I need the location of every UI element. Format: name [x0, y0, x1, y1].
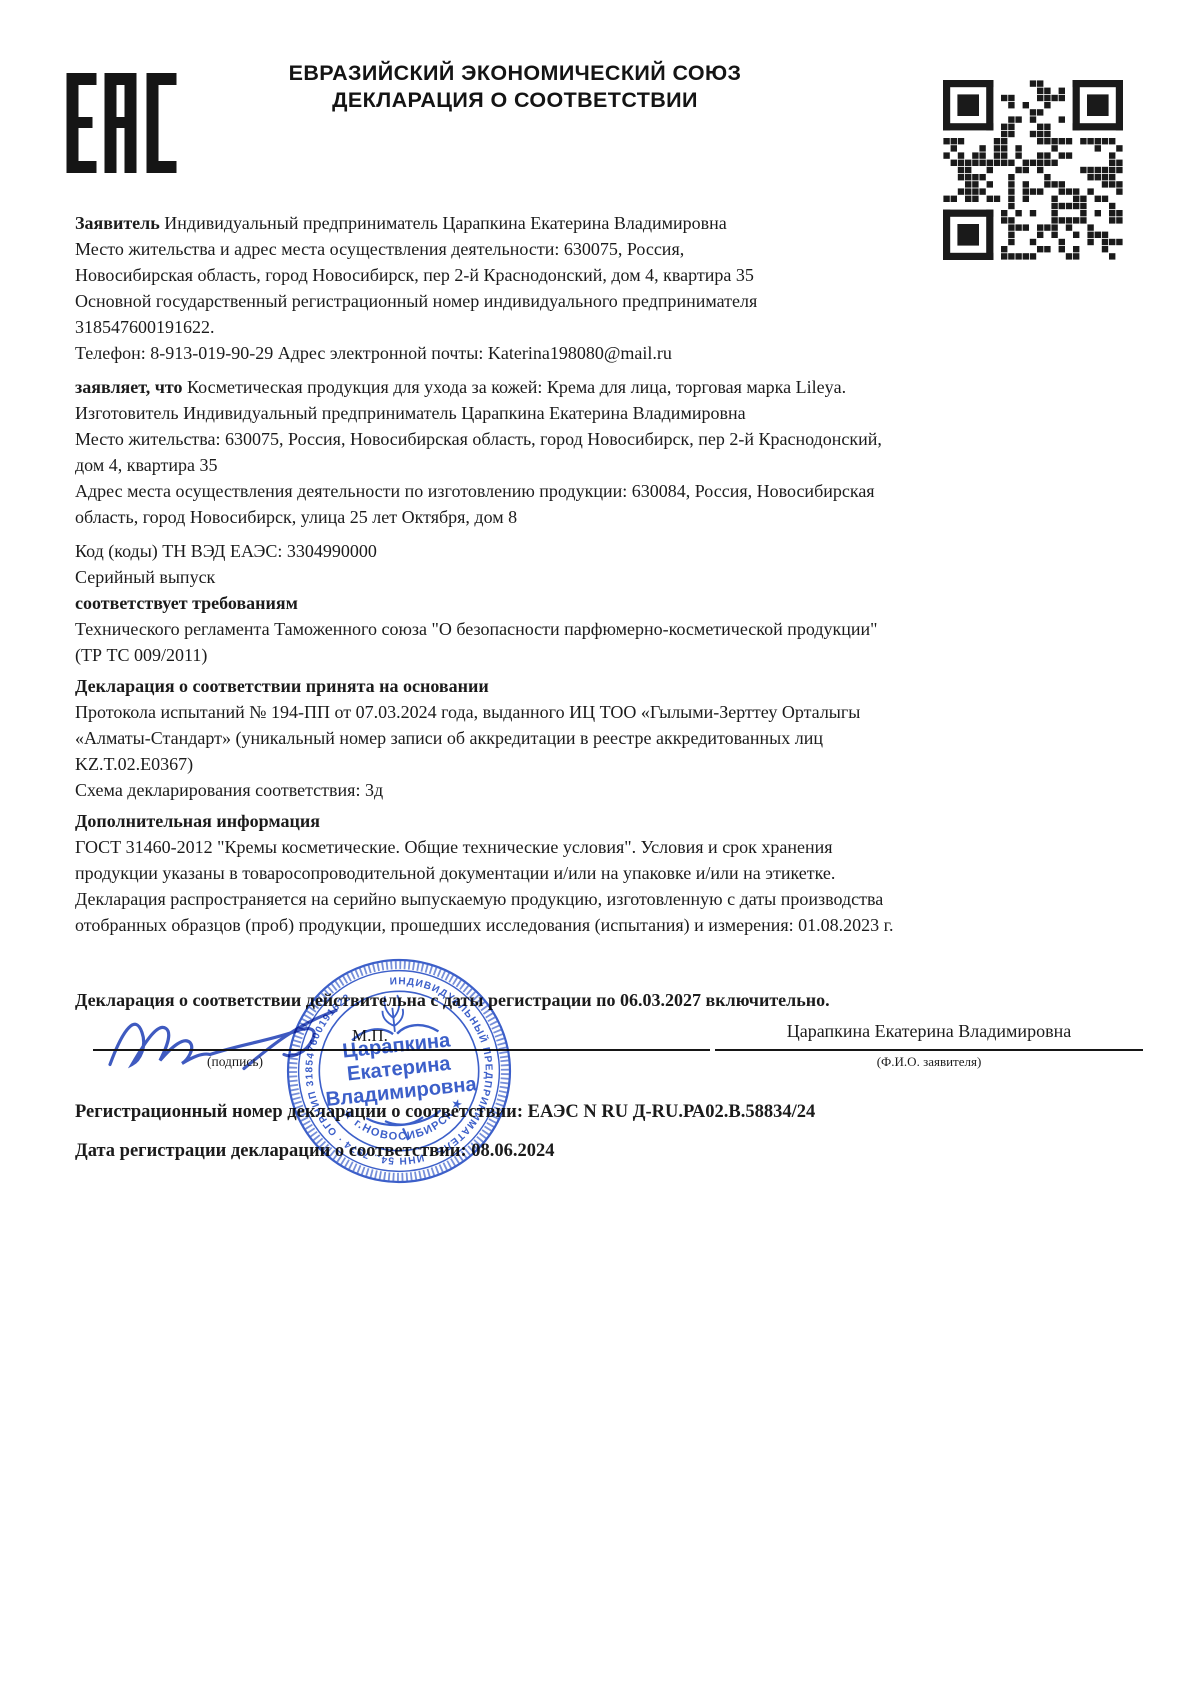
applicant-name: Царапкина Екатерина Владимировна — [715, 1021, 1143, 1042]
text-line: соответствует требованиям — [75, 590, 1150, 616]
text-line: Место жительства: 630075, Россия, Новоси… — [75, 426, 1150, 452]
title-union-line: ЕВРАЗИЙСКИЙ ЭКОНОМИЧЕСКИЙ СОЮЗ — [230, 60, 800, 87]
text-line: Изготовитель Индивидуальный предпринимат… — [75, 400, 1150, 426]
text-line: дом 4, квартира 35 — [75, 452, 1150, 478]
stamp-seal: ИНДИВИДУАЛЬНЫЙ ПРЕДПРИНИМАТЕЛЬ · ИНН 54…… — [272, 944, 527, 1199]
declaration-document: ЕВРАЗИЙСКИЙ ЭКОНОМИЧЕСКИЙ СОЮЗ ДЕКЛАРАЦИ… — [0, 0, 1200, 1697]
text-line: заявляет, что Косметическая продукция дл… — [75, 374, 1150, 400]
text-line: Заявитель Индивидуальный предприниматель… — [75, 210, 1150, 236]
document-title: ЕВРАЗИЙСКИЙ ЭКОНОМИЧЕСКИЙ СОЮЗ ДЕКЛАРАЦИ… — [230, 60, 800, 114]
text-line: Новосибирская область, город Новосибирск… — [75, 262, 1150, 288]
text-line: область, город Новосибирск, улица 25 лет… — [75, 504, 1150, 530]
title-declaration-line: ДЕКЛАРАЦИЯ О СООТВЕТСТВИИ — [230, 87, 800, 114]
text-line: Адрес места осуществления деятельности п… — [75, 478, 1150, 504]
text-line: Схема декларирования соответствия: 3д — [75, 777, 1150, 803]
text-line: Технического регламента Таможенного союз… — [75, 616, 1150, 642]
fio-caption: (Ф.И.О. заявителя) — [715, 1054, 1143, 1070]
eac-logo-icon — [66, 73, 179, 173]
text-line: Серийный выпуск — [75, 564, 1150, 590]
text-line: Декларация о соответствии принята на осн… — [75, 673, 1150, 699]
text-line: Основной государственный регистрационный… — [75, 288, 1150, 314]
text-line: Протокола испытаний № 194-ПП от 07.03.20… — [75, 699, 1150, 725]
fio-line — [715, 1049, 1143, 1051]
text-line: ГОСТ 31460-2012 "Кремы косметические. Об… — [75, 834, 1150, 860]
text-line: Телефон: 8-913-019-90-29 Адрес электронн… — [75, 340, 1150, 366]
text-line: KZ.T.02.E0367) — [75, 751, 1150, 777]
text-line: (ТР ТС 009/2011) — [75, 642, 1150, 668]
text-line: «Алматы-Стандарт» (уникальный номер запи… — [75, 725, 1150, 751]
body-text: Заявитель Индивидуальный предприниматель… — [75, 210, 1150, 938]
text-line: Декларация распространяется на серийно в… — [75, 886, 1150, 912]
text-line: продукции указаны в товаросопроводительн… — [75, 860, 1150, 886]
text-line: отобранных образцов (проб) продукции, пр… — [75, 912, 1150, 938]
text-line: Место жительства и адрес места осуществл… — [75, 236, 1150, 262]
text-line: Дополнительная информация — [75, 808, 1150, 834]
text-line: 318547600191622. — [75, 314, 1150, 340]
text-line: Код (коды) ТН ВЭД ЕАЭС: 3304990000 — [75, 538, 1150, 564]
